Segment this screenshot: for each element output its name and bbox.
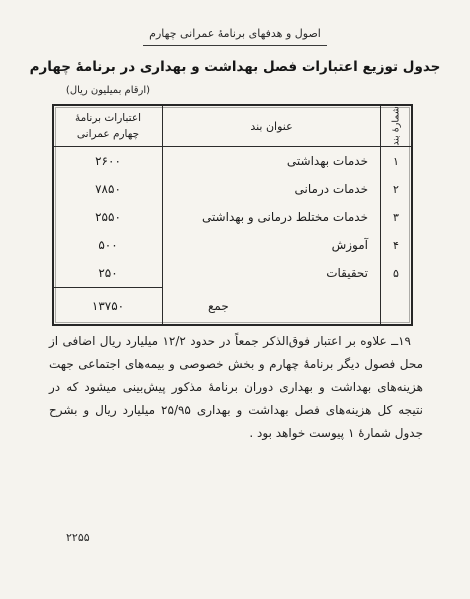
col-header-row-number-label: شمارهٔ بند xyxy=(391,106,402,145)
table-title: جدول توزیع اعتبارات فصل بهداشت و بهداری … xyxy=(0,59,470,75)
page-number: ۲۲۵۵ xyxy=(66,531,90,544)
row-value: ۷۸۵۰ xyxy=(53,175,163,203)
credits-table-body: ۱ خدمات بهداشتی ۲۶۰۰ ۲ خدمات درمانی ۷۸۵۰… xyxy=(53,147,412,326)
row-number: ۲ xyxy=(381,175,413,203)
col-header-credits-line1: اعتبارات برنامهٔ xyxy=(54,110,162,126)
col-header-item-title: عنوان بند xyxy=(163,105,381,147)
table-row: ۳ خدمات مختلط درمانی و بهداشتی ۲۵۵۰ xyxy=(53,203,412,231)
row-value: ۲۶۰۰ xyxy=(53,147,163,176)
total-empty-cell xyxy=(381,288,413,326)
credits-table-header: شمارهٔ بند عنوان بند اعتبارات برنامهٔ چه… xyxy=(53,105,412,147)
body-paragraph: ۱۹ــ علاوه بر اعتبار فوق‌الذکر جمعاً در … xyxy=(49,330,423,445)
total-label: جمع xyxy=(163,288,381,326)
running-head-container: اصول و هدفهای برنامهٔ عمرانی چهارم xyxy=(0,22,470,46)
row-value: ۲۵۰ xyxy=(53,259,163,288)
row-title: تحقیقات xyxy=(163,259,381,288)
total-row: جمع ۱۳۷۵۰ xyxy=(53,288,412,326)
row-title: آموزش xyxy=(163,231,381,259)
table-row: ۴ آموزش ۵۰۰ xyxy=(53,231,412,259)
col-header-row-number: شمارهٔ بند xyxy=(381,105,413,147)
row-value: ۵۰۰ xyxy=(53,231,163,259)
total-value: ۱۳۷۵۰ xyxy=(53,288,163,326)
row-value: ۲۵۵۰ xyxy=(53,203,163,231)
row-number: ۵ xyxy=(381,259,413,288)
table-row: ۲ خدمات درمانی ۷۸۵۰ xyxy=(53,175,412,203)
row-number: ۱ xyxy=(381,147,413,176)
credits-table: شمارهٔ بند عنوان بند اعتبارات برنامهٔ چه… xyxy=(52,104,413,326)
row-title: خدمات مختلط درمانی و بهداشتی xyxy=(163,203,381,231)
col-header-credits-line2: چهارم عمرانی xyxy=(54,126,162,142)
row-title: خدمات بهداشتی xyxy=(163,147,381,176)
row-number: ۴ xyxy=(381,231,413,259)
running-head: اصول و هدفهای برنامهٔ عمرانی چهارم xyxy=(143,27,327,46)
row-number: ۳ xyxy=(381,203,413,231)
table-row: ۱ خدمات بهداشتی ۲۶۰۰ xyxy=(53,147,412,176)
units-note: (ارقام بمیلیون ریال) xyxy=(52,85,164,96)
row-title: خدمات درمانی xyxy=(163,175,381,203)
col-header-credits: اعتبارات برنامهٔ چهارم عمرانی xyxy=(53,105,163,147)
document-page: اصول و هدفهای برنامهٔ عمرانی چهارم جدول … xyxy=(0,0,470,599)
header-row: شمارهٔ بند عنوان بند اعتبارات برنامهٔ چه… xyxy=(53,105,412,147)
table-row: ۵ تحقیقات ۲۵۰ xyxy=(53,259,412,288)
